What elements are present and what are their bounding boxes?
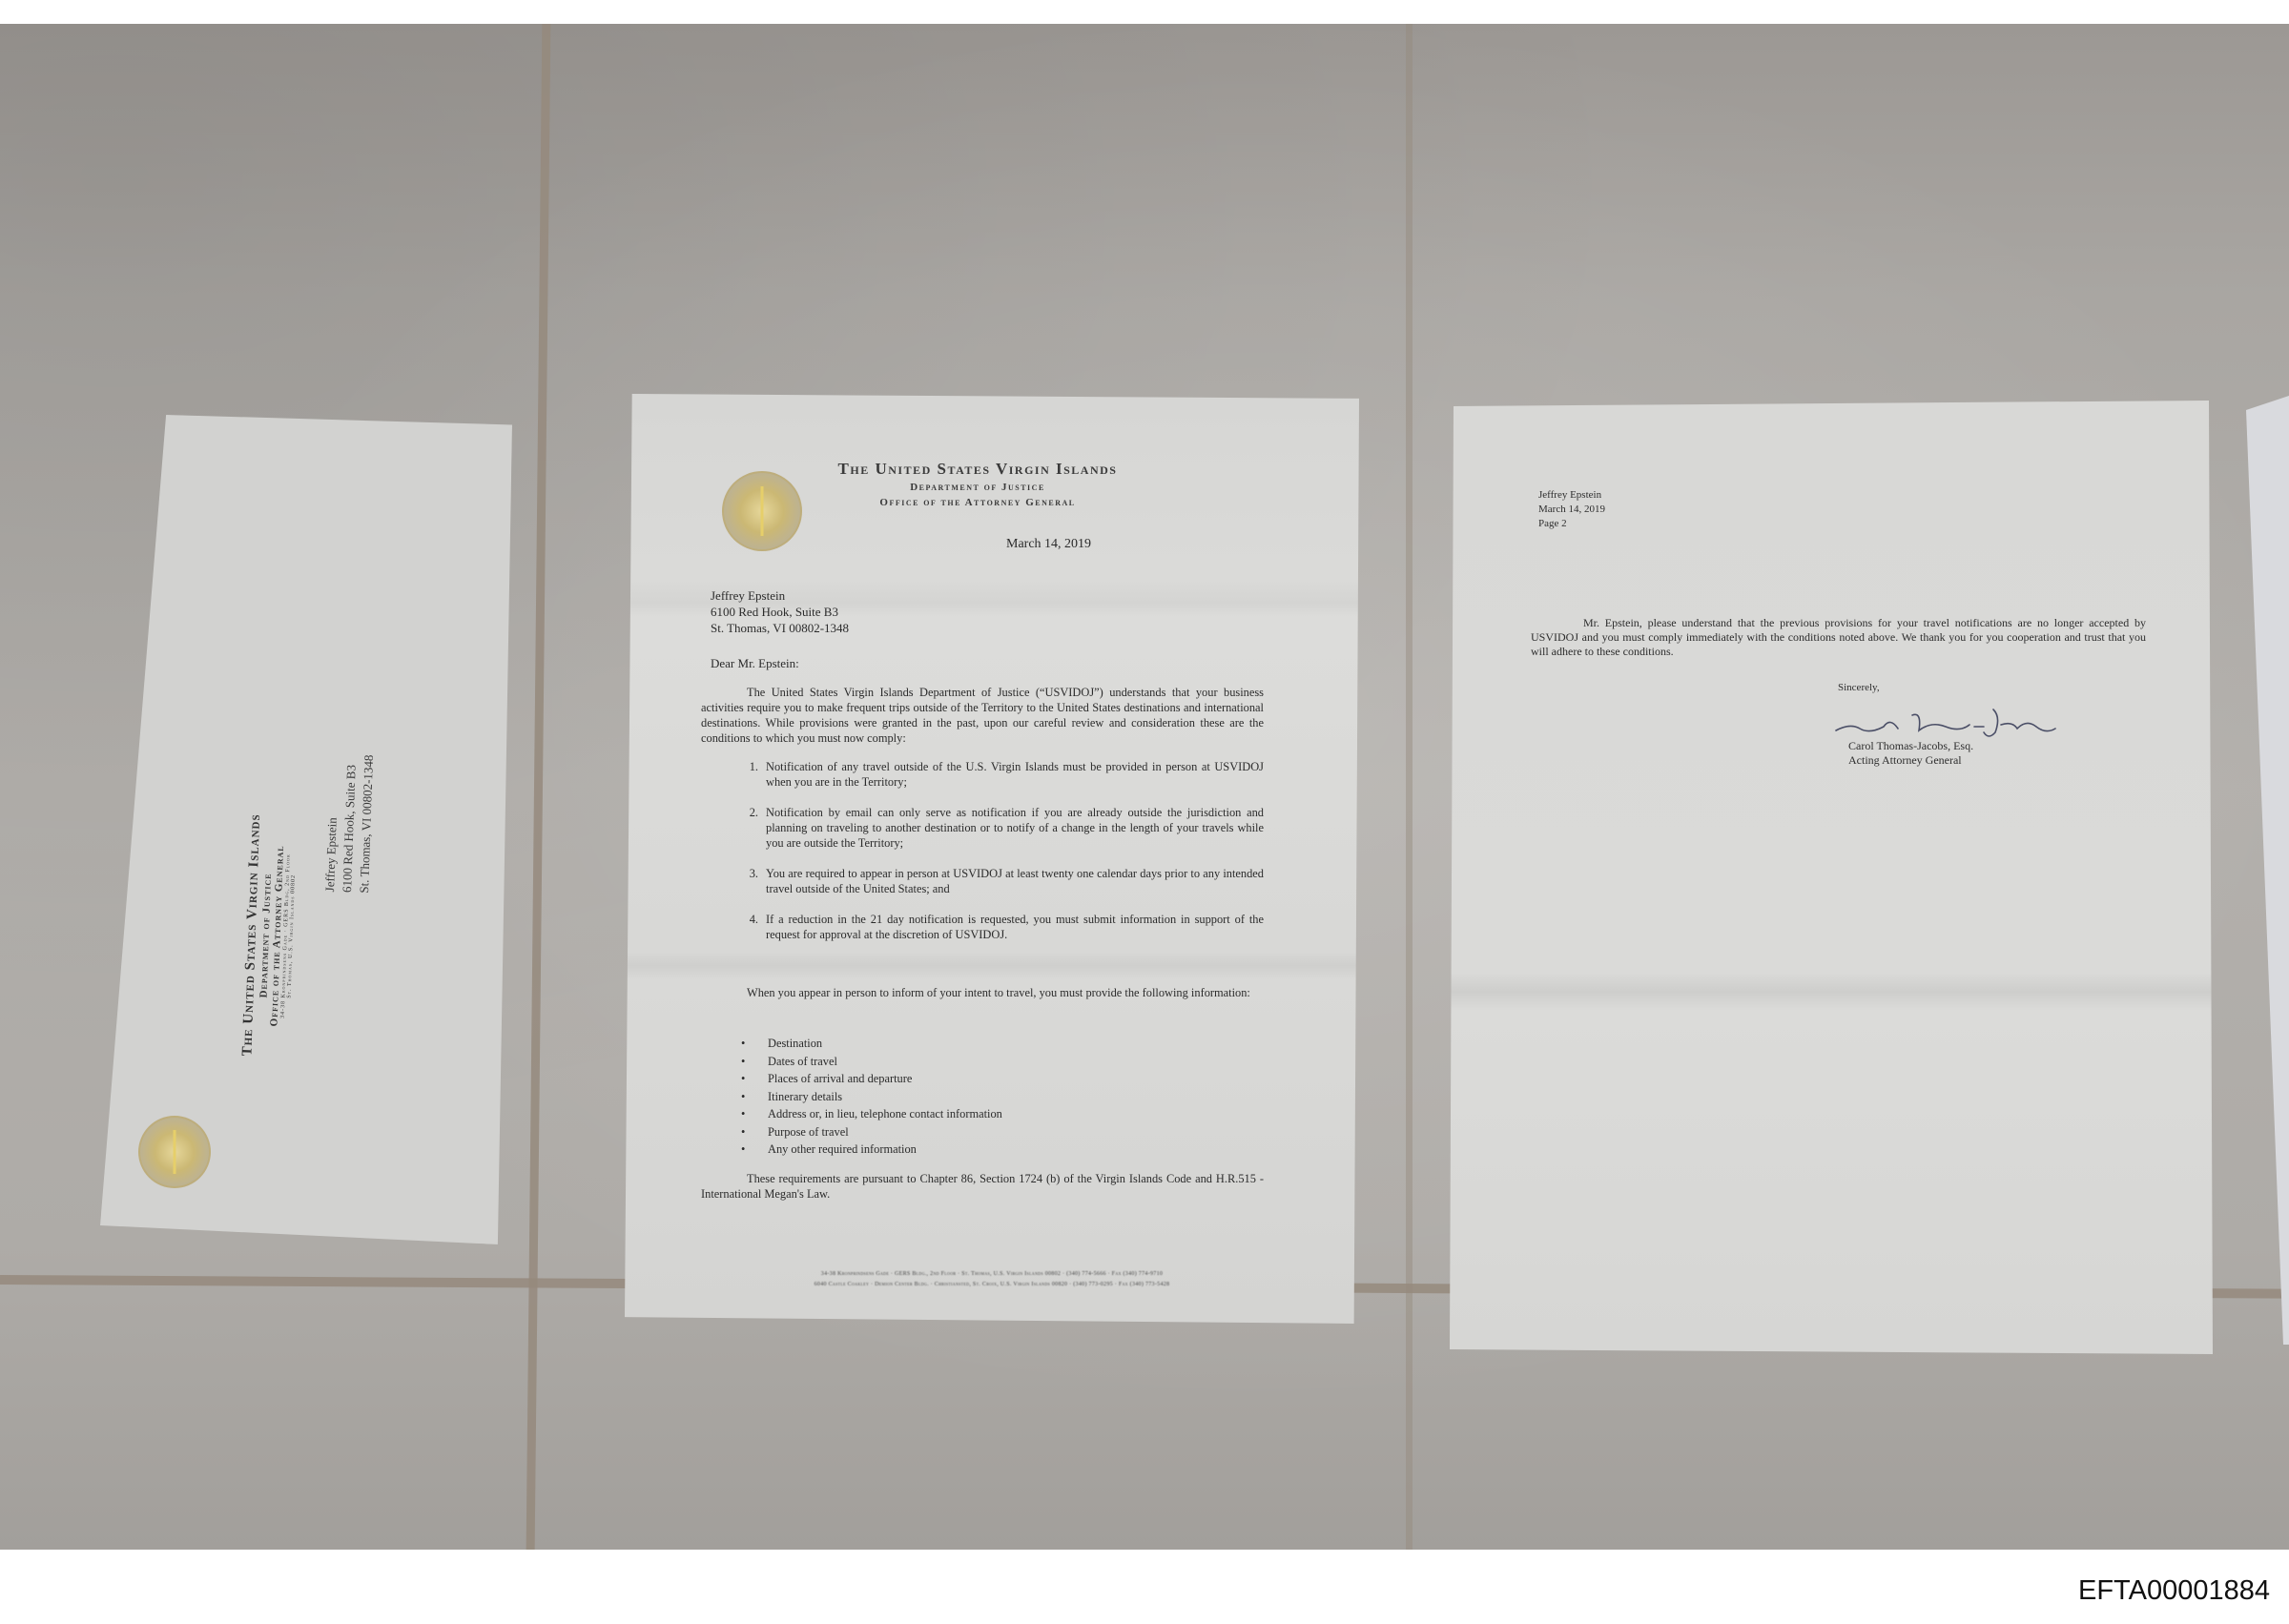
- condition-item: 3.You are required to appear in person a…: [737, 866, 1264, 896]
- list-item: Purpose of travel: [739, 1123, 1002, 1141]
- condition-text: You are required to appear in person at …: [766, 866, 1264, 896]
- condition-item: 2.Notification by email can only serve a…: [737, 805, 1264, 851]
- condition-text: If a reduction in the 21 day notificatio…: [766, 912, 1264, 942]
- list-item: Any other required information: [739, 1141, 1002, 1159]
- list-item: Destination: [739, 1035, 1002, 1053]
- info-items-list: DestinationDates of travelPlaces of arri…: [739, 1035, 1002, 1159]
- list-item: Itinerary details: [739, 1088, 1002, 1106]
- list-item: Dates of travel: [739, 1053, 1002, 1071]
- condition-text: Notification by email can only serve as …: [766, 805, 1264, 851]
- condition-number: 3.: [737, 866, 766, 896]
- list-item: Address or, in lieu, telephone contact i…: [739, 1105, 1002, 1123]
- tile-grout-line: [1406, 24, 1413, 1550]
- closing-salutation: Sincerely,: [1838, 682, 1880, 693]
- condition-number: 1.: [737, 759, 766, 790]
- letter-page-2: Jeffrey Epstein March 14, 2019 Page 2 Mr…: [1450, 401, 2213, 1354]
- closing-paragraph: Mr. Epstein, please understand that the …: [1531, 616, 2146, 659]
- gold-seal-icon: [138, 1116, 211, 1188]
- condition-item: 4.If a reduction in the 21 day notificat…: [737, 912, 1264, 942]
- condition-text: Notification of any travel outside of th…: [766, 759, 1264, 790]
- legal-basis-paragraph: These requirements are pursuant to Chapt…: [701, 1171, 1264, 1202]
- gold-seal-icon: [722, 471, 802, 551]
- envelope-recipient-address: Jeffrey Epstein 6100 Red Hook, Suite B3 …: [321, 701, 380, 894]
- bates-number: EFTA00001884: [2078, 1575, 2270, 1607]
- condition-number: 4.: [737, 912, 766, 942]
- conditions-list: 1.Notification of any travel outside of …: [737, 759, 1264, 957]
- recipient-address: Jeffrey Epstein 6100 Red Hook, Suite B3 …: [711, 587, 849, 636]
- intro-paragraph: The United States Virgin Islands Departm…: [701, 685, 1264, 746]
- page2-header: Jeffrey Epstein March 14, 2019 Page 2: [1538, 488, 1605, 531]
- condition-number: 2.: [737, 805, 766, 851]
- letter-date: March 14, 2019: [1006, 537, 1091, 552]
- letterhead-footer: 34-38 Kronprindsens Gade · GERS Bldg., 2…: [644, 1269, 1340, 1290]
- tile-grout-line: [526, 24, 551, 1550]
- info-intro-paragraph: When you appear in person to inform of y…: [701, 985, 1264, 1000]
- signer-block: Carol Thomas-Jacobs, Esq. Acting Attorne…: [1848, 739, 1973, 768]
- salutation: Dear Mr. Epstein:: [711, 656, 799, 671]
- condition-item: 1.Notification of any travel outside of …: [737, 759, 1264, 790]
- letterhead: The United States Virgin Islands Departm…: [730, 459, 1226, 510]
- list-item: Places of arrival and departure: [739, 1070, 1002, 1088]
- signature-icon: [1831, 704, 2060, 742]
